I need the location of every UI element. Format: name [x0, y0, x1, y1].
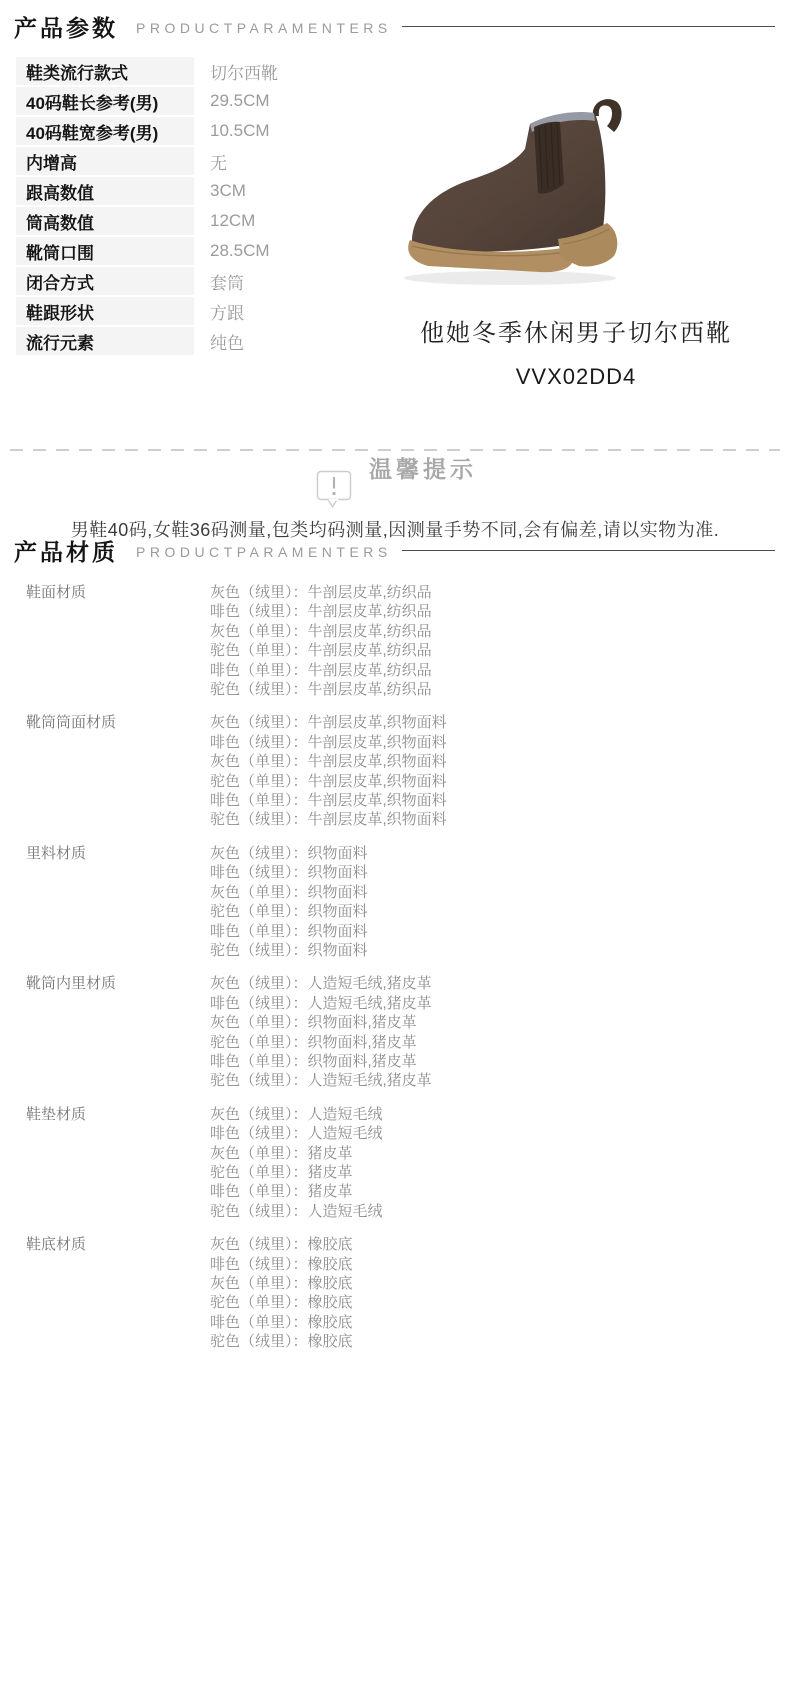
materials-list: 鞋面材质灰色（绒里）：牛剖层皮革,纺织品啡色（绒里）：牛剖层皮革,纺织品灰色（单…	[0, 583, 780, 1366]
material-group: 鞋面材质灰色（绒里）：牛剖层皮革,纺织品啡色（绒里）：牛剖层皮革,纺织品灰色（单…	[0, 583, 780, 699]
material-group-lines: 灰色（绒里）：橡胶底啡色（绒里）：橡胶底灰色（单里）：橡胶底驼色（单里）：橡胶底…	[210, 1235, 780, 1351]
product-model: VVX02DD4	[380, 364, 772, 390]
material-line: 啡色（绒里）：橡胶底	[210, 1255, 780, 1274]
param-label: 跟高数值	[16, 177, 194, 205]
material-line: 驼色（单里）：猪皮革	[210, 1163, 780, 1182]
param-row: 筒高数值12CM	[16, 207, 386, 235]
tips-section: 温馨提示 男鞋40码,女鞋36码测量,包类均码测量,因测量手势不同,会有偏差,请…	[0, 456, 790, 542]
material-group: 靴筒筒面材质灰色（绒里）：牛剖层皮革,织物面料啡色（绒里）：牛剖层皮革,织物面料…	[0, 713, 780, 829]
material-line: 啡色（单里）：织物面料,猪皮革	[210, 1052, 780, 1071]
material-group: 靴筒内里材质灰色（绒里）：人造短毛绒,猪皮革啡色（绒里）：人造短毛绒,猪皮革灰色…	[0, 974, 780, 1090]
param-value: 3CM	[210, 177, 246, 205]
material-line: 驼色（绒里）：牛剖层皮革,织物面料	[210, 810, 780, 829]
material-line: 灰色（绒里）：橡胶底	[210, 1235, 780, 1254]
params-section-header: 产品参数 PRODUCTPARAMENTERS	[14, 10, 775, 43]
material-line: 啡色（绒里）：人造短毛绒,猪皮革	[210, 994, 780, 1013]
param-row: 跟高数值3CM	[16, 177, 386, 205]
material-group: 鞋垫材质灰色（绒里）：人造短毛绒啡色（绒里）：人造短毛绒灰色（单里）：猪皮革驼色…	[0, 1105, 780, 1221]
material-line: 驼色（绒里）：织物面料	[210, 941, 780, 960]
param-value: 切尔西靴	[210, 57, 278, 85]
material-line: 驼色（单里）：牛剖层皮革,织物面料	[210, 772, 780, 791]
material-line: 驼色（绒里）：橡胶底	[210, 1332, 780, 1351]
material-line: 灰色（单里）：橡胶底	[210, 1274, 780, 1293]
param-value: 方跟	[210, 297, 244, 325]
material-group: 鞋底材质灰色（绒里）：橡胶底啡色（绒里）：橡胶底灰色（单里）：橡胶底驼色（单里）…	[0, 1235, 780, 1351]
material-line: 驼色（绒里）：人造短毛绒	[210, 1202, 780, 1221]
material-line: 灰色（单里）：织物面料	[210, 883, 780, 902]
product-detail-page: { "params": { "title": "产品参数", "subtitle…	[0, 0, 790, 1690]
product-name: 他她冬季休闲男子切尔西靴	[380, 320, 772, 348]
param-value: 12CM	[210, 207, 255, 235]
material-line: 啡色（绒里）：织物面料	[210, 863, 780, 882]
tips-header: 温馨提示	[0, 456, 790, 510]
material-line: 啡色（绒里）：牛剖层皮革,纺织品	[210, 602, 780, 621]
param-row: 内增高无	[16, 147, 386, 175]
material-line: 啡色（绒里）：牛剖层皮革,织物面料	[210, 733, 780, 752]
material-group-label: 鞋面材质	[0, 583, 210, 699]
param-row: 40码鞋长参考(男)29.5CM	[16, 87, 386, 115]
params-section-subtitle: PRODUCTPARAMENTERS	[136, 18, 392, 36]
param-label: 流行元素	[16, 327, 194, 355]
exclamation-bubble-icon	[313, 468, 355, 510]
material-line: 啡色（单里）：牛剖层皮革,纺织品	[210, 661, 780, 680]
param-label: 鞋类流行款式	[16, 57, 194, 85]
material-group: 里料材质灰色（绒里）：织物面料啡色（绒里）：织物面料灰色（单里）：织物面料驼色（…	[0, 844, 780, 960]
material-line: 驼色（绒里）：人造短毛绒,猪皮革	[210, 1071, 780, 1090]
material-line: 灰色（绒里）：牛剖层皮革,纺织品	[210, 583, 780, 602]
material-line: 灰色（绒里）：人造短毛绒	[210, 1105, 780, 1124]
material-line: 灰色（单里）：牛剖层皮革,纺织品	[210, 622, 780, 641]
params-table: 鞋类流行款式切尔西靴40码鞋长参考(男)29.5CM40码鞋宽参考(男)10.5…	[16, 57, 386, 357]
param-value: 无	[210, 147, 227, 175]
param-label: 40码鞋宽参考(男)	[16, 117, 194, 145]
materials-section-title: 产品材质	[14, 534, 118, 567]
material-line: 驼色（单里）：织物面料	[210, 902, 780, 921]
material-line: 灰色（绒里）：人造短毛绒,猪皮革	[210, 974, 780, 993]
param-label: 鞋跟形状	[16, 297, 194, 325]
material-line: 驼色（单里）：牛剖层皮革,纺织品	[210, 641, 780, 660]
material-group-label: 鞋底材质	[0, 1235, 210, 1351]
material-group-lines: 灰色（绒里）：牛剖层皮革,纺织品啡色（绒里）：牛剖层皮革,纺织品灰色（单里）：牛…	[210, 583, 780, 699]
material-line: 驼色（单里）：橡胶底	[210, 1293, 780, 1312]
material-line: 啡色（单里）：猪皮革	[210, 1182, 780, 1201]
material-line: 驼色（单里）：织物面料,猪皮革	[210, 1033, 780, 1052]
material-group-label: 靴筒内里材质	[0, 974, 210, 1090]
header-rule	[402, 550, 775, 551]
material-group-lines: 灰色（绒里）：牛剖层皮革,织物面料啡色（绒里）：牛剖层皮革,织物面料灰色（单里）…	[210, 713, 780, 829]
params-section-title: 产品参数	[14, 10, 118, 43]
param-row: 靴筒口围28.5CM	[16, 237, 386, 265]
param-value: 28.5CM	[210, 237, 270, 265]
dashed-divider	[10, 449, 780, 451]
tips-title: 温馨提示	[369, 456, 477, 482]
param-value: 套筒	[210, 267, 244, 295]
param-row: 鞋跟形状方跟	[16, 297, 386, 325]
material-group-lines: 灰色（绒里）：织物面料啡色（绒里）：织物面料灰色（单里）：织物面料驼色（单里）：…	[210, 844, 780, 960]
param-row: 闭合方式套筒	[16, 267, 386, 295]
material-line: 灰色（单里）：织物面料,猪皮革	[210, 1013, 780, 1032]
material-line: 啡色（单里）：橡胶底	[210, 1313, 780, 1332]
param-value: 纯色	[210, 327, 244, 355]
material-line: 灰色（绒里）：织物面料	[210, 844, 780, 863]
param-label: 筒高数值	[16, 207, 194, 235]
material-line: 啡色（绒里）：人造短毛绒	[210, 1124, 780, 1143]
materials-section-header: 产品材质 PRODUCTPARAMENTERS	[14, 534, 775, 567]
material-line: 灰色（绒里）：牛剖层皮革,织物面料	[210, 713, 780, 732]
material-line: 啡色（单里）：牛剖层皮革,织物面料	[210, 791, 780, 810]
param-value: 10.5CM	[210, 117, 270, 145]
param-row: 流行元素纯色	[16, 327, 386, 355]
material-group-label: 靴筒筒面材质	[0, 713, 210, 829]
header-rule	[402, 26, 775, 27]
material-group-label: 里料材质	[0, 844, 210, 960]
material-group-lines: 灰色（绒里）：人造短毛绒啡色（绒里）：人造短毛绒灰色（单里）：猪皮革驼色（单里）…	[210, 1105, 780, 1221]
param-label: 40码鞋长参考(男)	[16, 87, 194, 115]
product-caption: 他她冬季休闲男子切尔西靴 VVX02DD4	[380, 320, 772, 390]
param-value: 29.5CM	[210, 87, 270, 115]
material-line: 灰色（单里）：牛剖层皮革,织物面料	[210, 752, 780, 771]
param-label: 内增高	[16, 147, 194, 175]
param-row: 鞋类流行款式切尔西靴	[16, 57, 386, 85]
product-image	[398, 94, 638, 294]
material-line: 灰色（单里）：猪皮革	[210, 1144, 780, 1163]
material-line: 啡色（单里）：织物面料	[210, 922, 780, 941]
param-label: 靴筒口围	[16, 237, 194, 265]
material-group-lines: 灰色（绒里）：人造短毛绒,猪皮革啡色（绒里）：人造短毛绒,猪皮革灰色（单里）：织…	[210, 974, 780, 1090]
material-group-label: 鞋垫材质	[0, 1105, 210, 1221]
param-row: 40码鞋宽参考(男)10.5CM	[16, 117, 386, 145]
param-label: 闭合方式	[16, 267, 194, 295]
chelsea-boot-illustration	[398, 94, 638, 294]
materials-section-subtitle: PRODUCTPARAMENTERS	[136, 542, 392, 560]
material-line: 驼色（绒里）：牛剖层皮革,纺织品	[210, 680, 780, 699]
